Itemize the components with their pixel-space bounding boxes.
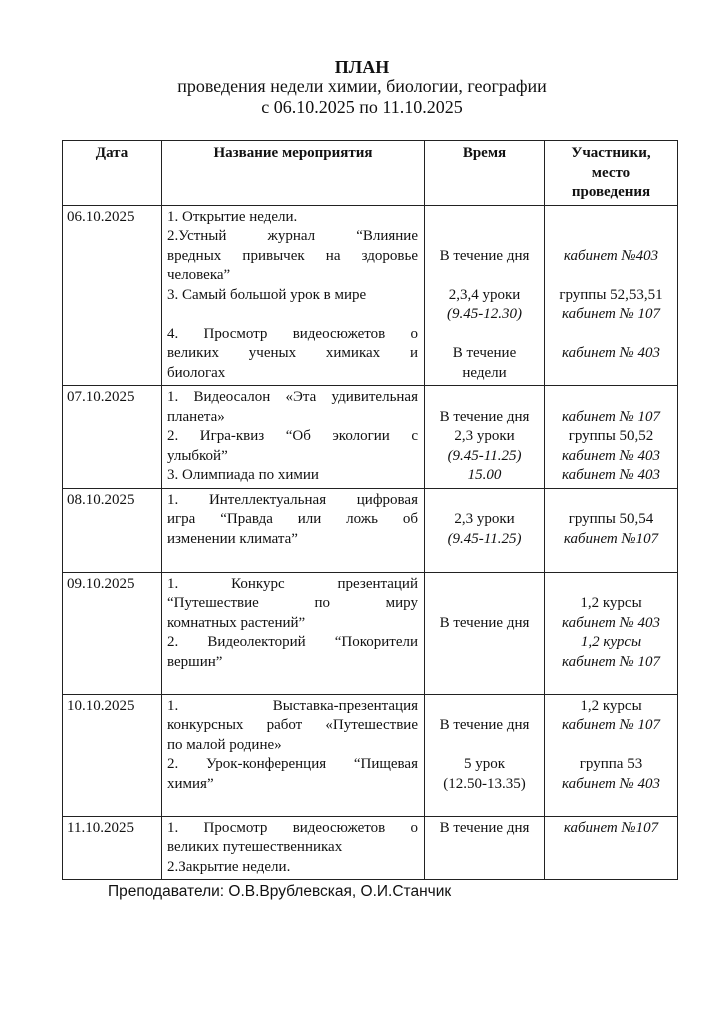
event-line: 1. Открытие недели. <box>167 208 418 228</box>
event-line: человека” <box>167 266 418 286</box>
event-line: биологах <box>167 364 418 384</box>
time-line: 15.00 <box>427 466 542 486</box>
place-line <box>547 838 675 858</box>
time-line <box>427 794 542 814</box>
cell-participants-place: кабинет №403группы 52,53,51кабинет № 107… <box>545 205 678 386</box>
cell-event: 1. Открытие недели.2.Устный журнал “Влия… <box>162 205 425 386</box>
header-line: Название мероприятия <box>167 144 419 164</box>
time-line <box>427 838 542 858</box>
event-line: по малой родине» <box>167 736 418 756</box>
cell-date: 11.10.2025 <box>63 816 162 880</box>
time-line: 5 урок <box>427 755 542 775</box>
time-line <box>427 594 542 614</box>
place-line <box>547 266 675 286</box>
time-line: недели <box>427 364 542 384</box>
place-line <box>547 736 675 756</box>
document-title: ПЛАН <box>0 57 724 78</box>
event-line: вредных привычек на здоровье <box>167 247 418 267</box>
time-line: (9.45-11.25) <box>427 447 542 467</box>
event-line <box>167 549 418 569</box>
column-header-date: Дата <box>63 141 162 206</box>
time-line <box>427 491 542 511</box>
event-line: 1. Выставка-презентация <box>167 697 418 717</box>
event-line: “Путешествие по миру <box>167 594 418 614</box>
event-line: 2.Закрытие недели. <box>167 858 418 878</box>
teachers-footer: Преподаватели: О.В.Врублевская, О.И.Стан… <box>108 883 451 901</box>
place-line: кабинет № 107 <box>547 716 675 736</box>
time-line: В течение дня <box>427 614 542 634</box>
cell-participants-place: кабинет №107 <box>545 816 678 880</box>
place-line <box>547 858 675 878</box>
event-line: 2.Устный журнал “Влияние <box>167 227 418 247</box>
event-line <box>167 672 418 692</box>
event-line: 1. Просмотр видеосюжетов о <box>167 819 418 839</box>
place-line: кабинет № 107 <box>547 408 675 428</box>
place-line <box>547 325 675 345</box>
cell-event: 1. Выставка-презентацияконкурсных работ … <box>162 694 425 816</box>
event-line: 3. Самый большой урок в мире <box>167 286 418 306</box>
event-line: 1. Интеллектуальная цифровая <box>167 491 418 511</box>
event-line: великих ученых химиках и <box>167 344 418 364</box>
event-line: 1. Видеосалон «Эта удивительная <box>167 388 418 408</box>
cell-time: В течение дня <box>425 572 545 694</box>
place-line <box>547 208 675 228</box>
place-line: группы 52,53,51 <box>547 286 675 306</box>
place-line: группы 50,52 <box>547 427 675 447</box>
time-line <box>427 325 542 345</box>
cell-time: В течение дня2,3 уроки(9.45-11.25)15.00 <box>425 386 545 489</box>
cell-date: 08.10.2025 <box>63 488 162 572</box>
place-line <box>547 227 675 247</box>
event-line <box>167 794 418 814</box>
event-line: игра “Правда или ложь об <box>167 510 418 530</box>
event-line: изменении климата” <box>167 530 418 550</box>
time-line: (9.45-12.30) <box>427 305 542 325</box>
place-line: группа 53 <box>547 755 675 775</box>
place-line <box>547 549 675 569</box>
place-line <box>547 364 675 384</box>
place-line <box>547 388 675 408</box>
cell-time: В течение дня <box>425 816 545 880</box>
time-line: В течение дня <box>427 819 542 839</box>
time-line <box>427 208 542 228</box>
time-line <box>427 549 542 569</box>
time-line <box>427 697 542 717</box>
cell-participants-place: кабинет № 107группы 50,52кабинет № 403ка… <box>545 386 678 489</box>
place-line <box>547 794 675 814</box>
event-line: планета» <box>167 408 418 428</box>
time-line: (12.50-13.35) <box>427 775 542 795</box>
event-line: 4. Просмотр видеосюжетов о <box>167 325 418 345</box>
time-line <box>427 653 542 673</box>
cell-participants-place: 1,2 курсыкабинет № 107группа 53кабинет №… <box>545 694 678 816</box>
event-line: 3. Олимпиада по химии <box>167 466 418 486</box>
time-line <box>427 388 542 408</box>
event-line: 1. Конкурс презентаций <box>167 575 418 595</box>
document-subtitle: проведения недели химии, биологии, геогр… <box>0 76 724 97</box>
place-line: кабинет №107 <box>547 530 675 550</box>
header-line: место <box>550 164 672 184</box>
cell-date: 10.10.2025 <box>63 694 162 816</box>
event-line: 2. Игра-квиз “Об экологии с <box>167 427 418 447</box>
time-line <box>427 266 542 286</box>
document-period: с 06.10.2025 по 11.10.2025 <box>0 97 724 118</box>
time-line <box>427 227 542 247</box>
cell-time: 2,3 уроки(9.45-11.25) <box>425 488 545 572</box>
cell-time: В течение дня5 урок(12.50-13.35) <box>425 694 545 816</box>
place-line: кабинет №107 <box>547 819 675 839</box>
place-line: кабинет № 403 <box>547 466 675 486</box>
place-line: кабинет №403 <box>547 247 675 267</box>
cell-date: 07.10.2025 <box>63 386 162 489</box>
time-line: 2,3 уроки <box>427 510 542 530</box>
time-line <box>427 672 542 692</box>
header-line: Участники, <box>550 144 672 164</box>
event-line: вершин” <box>167 653 418 673</box>
event-line: великих путешественниках <box>167 838 418 858</box>
event-line: химия” <box>167 775 418 795</box>
cell-date: 09.10.2025 <box>63 572 162 694</box>
cell-time: В течение дня2,3,4 уроки(9.45-12.30)В те… <box>425 205 545 386</box>
cell-event: 1. Конкурс презентаций“Путешествие по ми… <box>162 572 425 694</box>
place-line: группы 50,54 <box>547 510 675 530</box>
time-line: (9.45-11.25) <box>427 530 542 550</box>
place-line: кабинет № 403 <box>547 447 675 467</box>
place-line: 1,2 курсы <box>547 594 675 614</box>
cell-participants-place: 1,2 курсыкабинет № 4031,2 курсыкабинет №… <box>545 572 678 694</box>
time-line: В течение дня <box>427 247 542 267</box>
cell-event: 1. Видеосалон «Эта удивительнаяпланета»2… <box>162 386 425 489</box>
place-line: кабинет № 403 <box>547 614 675 634</box>
cell-participants-place: группы 50,54кабинет №107 <box>545 488 678 572</box>
header-line: проведения <box>550 183 672 203</box>
schedule-table: Дата Название мероприятия Время Участник… <box>62 140 678 880</box>
place-line <box>547 672 675 692</box>
cell-event: 1. Просмотр видеосюжетов овеликих путеше… <box>162 816 425 880</box>
table-header-row: Дата Название мероприятия Время Участник… <box>63 141 678 206</box>
header-line: Время <box>430 144 539 164</box>
table-row: 06.10.20251. Открытие недели.2.Устный жу… <box>63 205 678 386</box>
time-line <box>427 736 542 756</box>
place-line: 1,2 курсы <box>547 633 675 653</box>
place-line <box>547 575 675 595</box>
table-row: 07.10.20251. Видеосалон «Эта удивительна… <box>63 386 678 489</box>
time-line: 2,3,4 уроки <box>427 286 542 306</box>
column-header-time: Время <box>425 141 545 206</box>
event-line: 2. Видеолекторий “Покорители <box>167 633 418 653</box>
header-line: Дата <box>68 144 156 164</box>
table-row: 11.10.20251. Просмотр видеосюжетов овели… <box>63 816 678 880</box>
column-header-participants: Участники, место проведения <box>545 141 678 206</box>
column-header-event: Название мероприятия <box>162 141 425 206</box>
place-line: 1,2 курсы <box>547 697 675 717</box>
table-row: 09.10.20251. Конкурс презентаций“Путешес… <box>63 572 678 694</box>
event-line: улыбкой” <box>167 447 418 467</box>
place-line: кабинет № 403 <box>547 344 675 364</box>
time-line: В течение дня <box>427 716 542 736</box>
place-line: кабинет № 403 <box>547 775 675 795</box>
time-line: 2,3 уроки <box>427 427 542 447</box>
cell-event: 1. Интеллектуальная цифроваяигра “Правда… <box>162 488 425 572</box>
place-line: кабинет № 107 <box>547 305 675 325</box>
time-line: В течение дня <box>427 408 542 428</box>
time-line: В течение <box>427 344 542 364</box>
cell-date: 06.10.2025 <box>63 205 162 386</box>
time-line <box>427 633 542 653</box>
event-line: конкурсных работ «Путешествие <box>167 716 418 736</box>
place-line: кабинет № 107 <box>547 653 675 673</box>
event-line: 2. Урок-конференция “Пищевая <box>167 755 418 775</box>
table-row: 10.10.20251. Выставка-презентацияконкурс… <box>63 694 678 816</box>
table-row: 08.10.20251. Интеллектуальная цифроваяиг… <box>63 488 678 572</box>
event-line <box>167 305 418 325</box>
time-line <box>427 858 542 878</box>
time-line <box>427 575 542 595</box>
event-line: комнатных растений” <box>167 614 418 634</box>
place-line <box>547 491 675 511</box>
